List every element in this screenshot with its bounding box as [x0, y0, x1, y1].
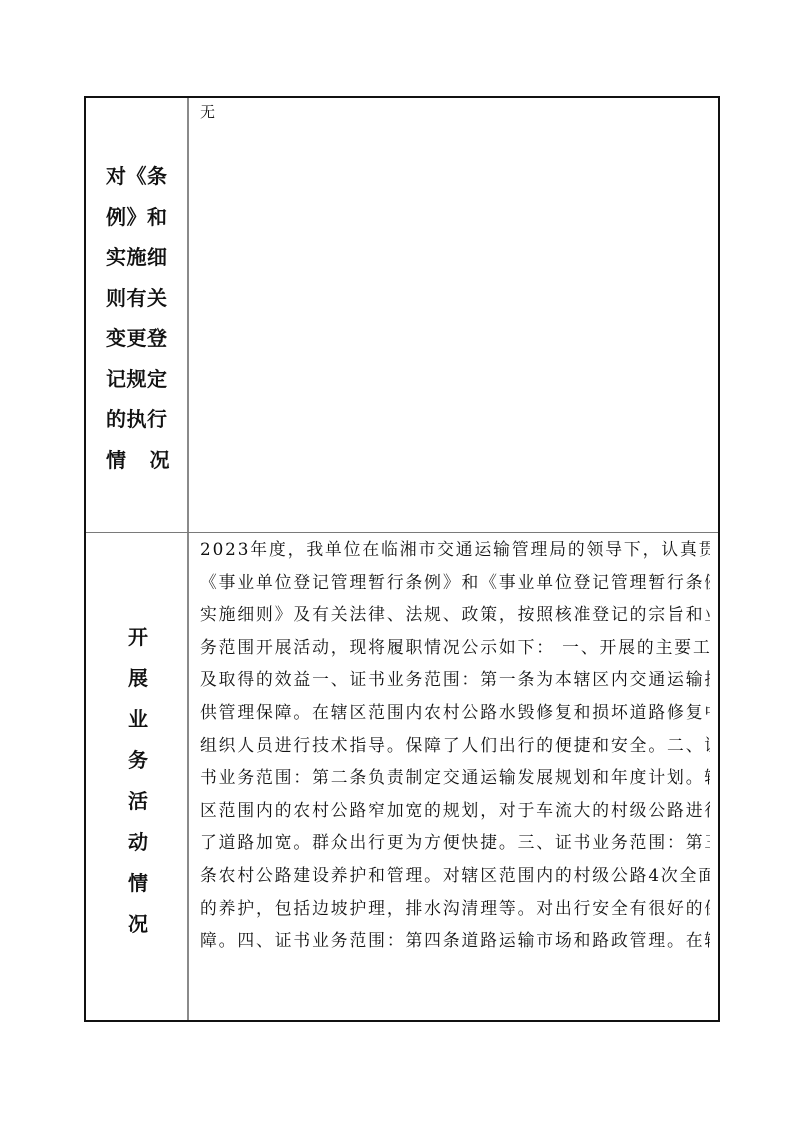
label-char: 活 — [126, 781, 150, 822]
content-cell-change-registration: 无 — [190, 98, 718, 532]
label-char: 务 — [126, 740, 150, 781]
label-char: 况 — [126, 904, 150, 945]
label-line: 则有关 — [106, 278, 172, 319]
paragraph-line: 区范围内的农村公路窄加宽的规划，对于车流大的村级公路进行 — [200, 794, 710, 827]
label-cell-business-activities: 开 展 业 务 活 动 情 况 — [86, 533, 189, 1020]
label-line: 记规定 — [106, 359, 172, 400]
paragraph-line: 了道路加宽。群众出行更为方便快捷。三、证书业务范围：第三 — [200, 826, 710, 859]
paragraph-line: 实施细则》及有关法律、法规、政策，按照核准登记的宗旨和业 — [200, 598, 710, 631]
paragraph-line: 《事业单位登记管理暂行条例》和《事业单位登记管理暂行条例 — [200, 566, 710, 599]
change-registration-content: 无 — [200, 102, 215, 122]
label-char: 展 — [126, 658, 150, 699]
label-line: 实施细 — [106, 237, 172, 278]
paragraph-line: 组织人员进行技术指导。保障了人们出行的便捷和安全。二、证 — [200, 729, 710, 762]
table-row-business-activities: 开 展 业 务 活 动 情 况 2023年度，我单位在临湘市交通运输管理局的领导… — [86, 533, 718, 1020]
content-cell-business-activities: 2023年度，我单位在临湘市交通运输管理局的领导下，认真贯彻 《事业单位登记管理… — [190, 533, 718, 1020]
paragraph-line: 2023年度，我单位在临湘市交通运输管理局的领导下，认真贯彻 — [200, 533, 710, 566]
label-char: 业 — [126, 699, 150, 740]
paragraph-line: 条农村公路建设养护和管理。对辖区范围内的村级公路4次全面 — [200, 859, 710, 892]
label-char: 动 — [126, 822, 150, 863]
paragraph-line: 及取得的效益一、证书业务范围：第一条为本辖区内交通运输提 — [200, 663, 710, 696]
label-line: 对《条 — [106, 156, 172, 197]
paragraph-line: 务范围开展活动，现将履职情况公示如下： 一、开展的主要工作 — [200, 631, 710, 664]
label-char: 况 — [150, 440, 171, 481]
label-char: 情 — [106, 440, 127, 481]
paragraph-line: 的养护，包括边坡护理，排水沟清理等。对出行安全有很好的保 — [200, 892, 710, 925]
paragraph-line: 书业务范围：第二条负责制定交通运输发展规划和年度计划。辖 — [200, 761, 710, 794]
label-cell-change-registration: 对《条 例》和 实施细 则有关 变更登 记规定 的执行 情 况 — [86, 98, 189, 532]
label-line-last: 情 况 — [106, 440, 170, 481]
label-line: 例》和 — [106, 197, 172, 238]
label-line: 的执行 — [106, 399, 172, 440]
label-char: 开 — [126, 617, 150, 658]
label-char: 情 — [126, 863, 150, 904]
row-label-business-activities: 开 展 业 务 活 动 情 况 — [126, 617, 150, 945]
label-line: 变更登 — [106, 318, 172, 359]
business-activities-content: 2023年度，我单位在临湘市交通运输管理局的领导下，认真贯彻 《事业单位登记管理… — [200, 533, 710, 957]
row-label-change-registration: 对《条 例》和 实施细 则有关 变更登 记规定 的执行 情 况 — [106, 156, 172, 480]
paragraph-line: 障。四、证书业务范围：第四条道路运输市场和路政管理。在辖 — [200, 924, 710, 957]
paragraph-line: 供管理保障。在辖区范围内农村公路水毁修复和损坏道路修复中 — [200, 696, 710, 729]
table-row-change-registration: 对《条 例》和 实施细 则有关 变更登 记规定 的执行 情 况 无 — [86, 98, 718, 533]
report-table: 对《条 例》和 实施细 则有关 变更登 记规定 的执行 情 况 无 开 展 业 — [84, 96, 720, 1022]
